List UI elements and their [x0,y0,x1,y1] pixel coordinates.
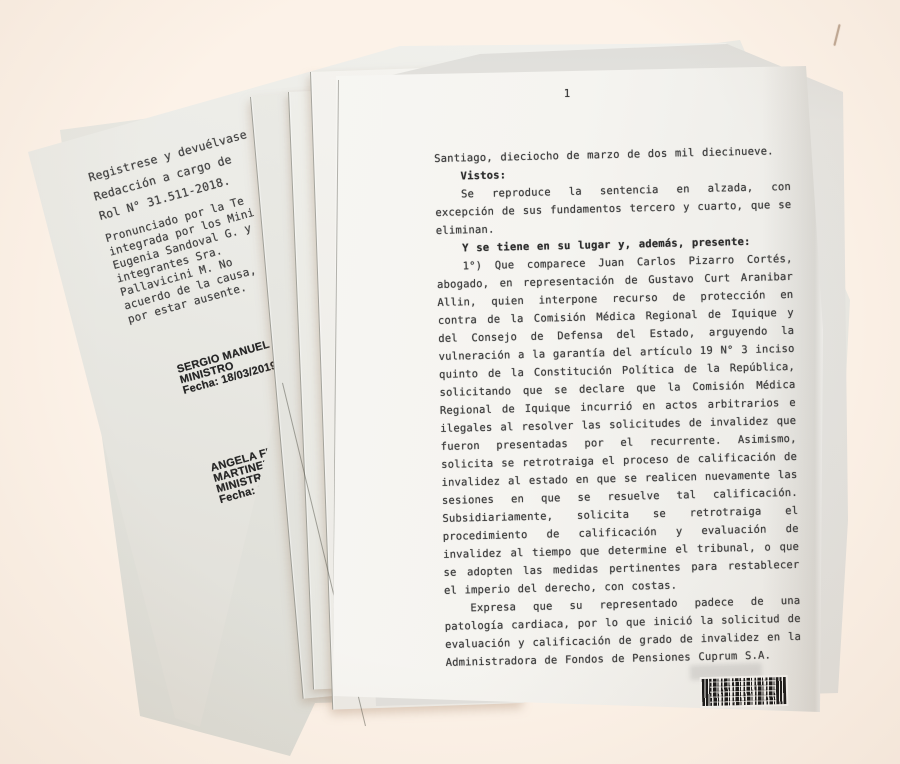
barcode-stop-pattern [776,677,787,704]
photo-backdrop: Registrese y devuélvase Redacción a carg… [0,0,900,764]
paragraph: 1°) Que comparece Juan Carlos Pizarro Co… [436,250,800,600]
paragraph: Se reproduce la sentencia en alzada, con… [435,178,792,240]
page-number: 1 [552,88,582,100]
document-text: Santiago, dieciocho de marzo de dos mil … [434,142,802,672]
barcode-data-pattern [710,677,777,706]
pdf417-barcode-icon [702,677,787,706]
paragraph: Expresa que su representado padece de un… [444,592,802,672]
scratch-mark [833,24,840,46]
